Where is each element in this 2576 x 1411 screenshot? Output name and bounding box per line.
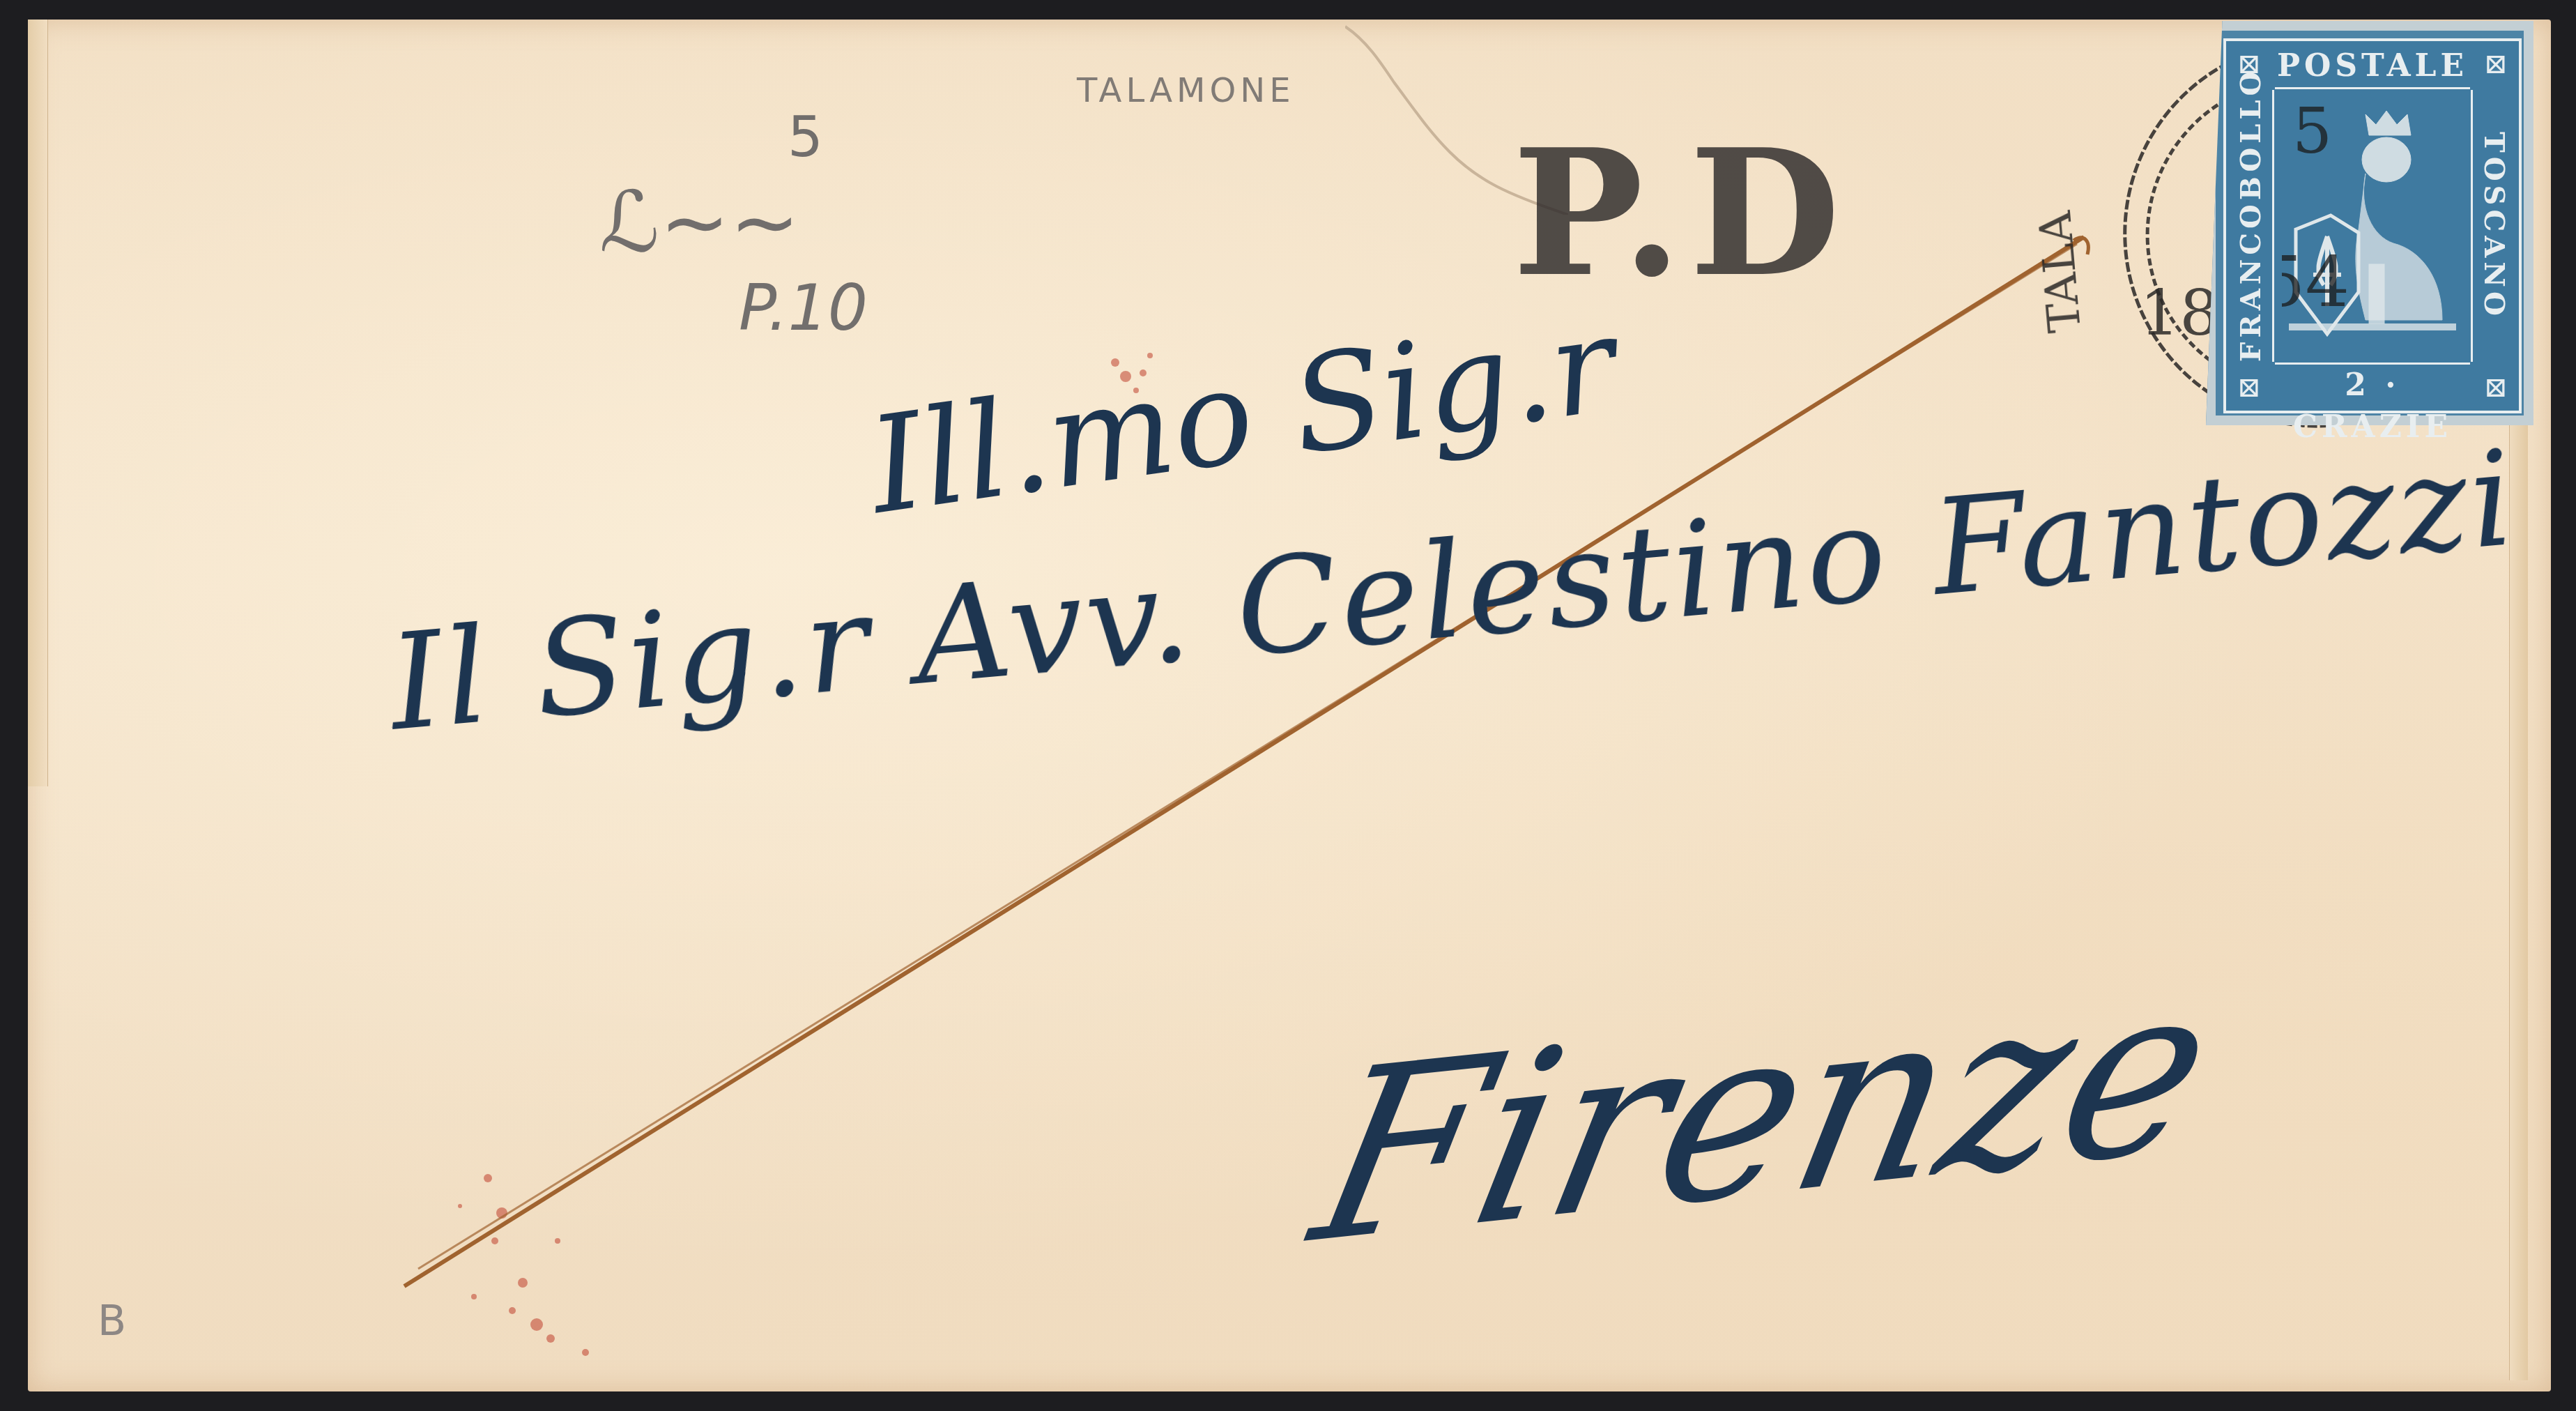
stamp-right-label: TOSCANO xyxy=(2471,90,2515,362)
stamp-top-label: POSTALE xyxy=(2275,45,2470,89)
stamp-corner-ornament-icon: ⊠ xyxy=(2477,369,2515,406)
pencil-number-annotation: 5 xyxy=(788,105,823,169)
pd-handstamp: P.D xyxy=(1512,125,1847,300)
envelope-left-fold xyxy=(28,20,48,786)
postmark-year: 18 xyxy=(2140,277,2220,350)
stamp-value-label: 2 · CRAZIE xyxy=(2275,363,2470,406)
postmark-town: TALA xyxy=(2030,208,2092,335)
stamp-corner-ornament-icon: ⊠ xyxy=(2477,45,2515,83)
postmark-year-on-stamp: 54 xyxy=(2282,241,2349,323)
pencil-corner-mark: B xyxy=(98,1297,126,1345)
stamp-corner-ornament-icon: ⊠ xyxy=(2230,369,2268,406)
stamp-left-label: FRANCOBOLLO xyxy=(2230,90,2274,362)
pencil-scribble-annotation: ℒ∼∼ xyxy=(599,174,800,271)
pencil-reference-annotation: P.10 xyxy=(739,272,868,345)
lion-with-shield-icon: 5 54 xyxy=(2282,97,2463,355)
postage-stamp: ⊠ ⊠ ⊠ ⊠ POSTALE FRANCOBOLLO TOSCANO 2 · … xyxy=(2223,38,2522,413)
postmark-day-on-stamp: 5 xyxy=(2292,97,2332,168)
pencil-town-annotation: TALAMONE xyxy=(1077,71,1295,110)
